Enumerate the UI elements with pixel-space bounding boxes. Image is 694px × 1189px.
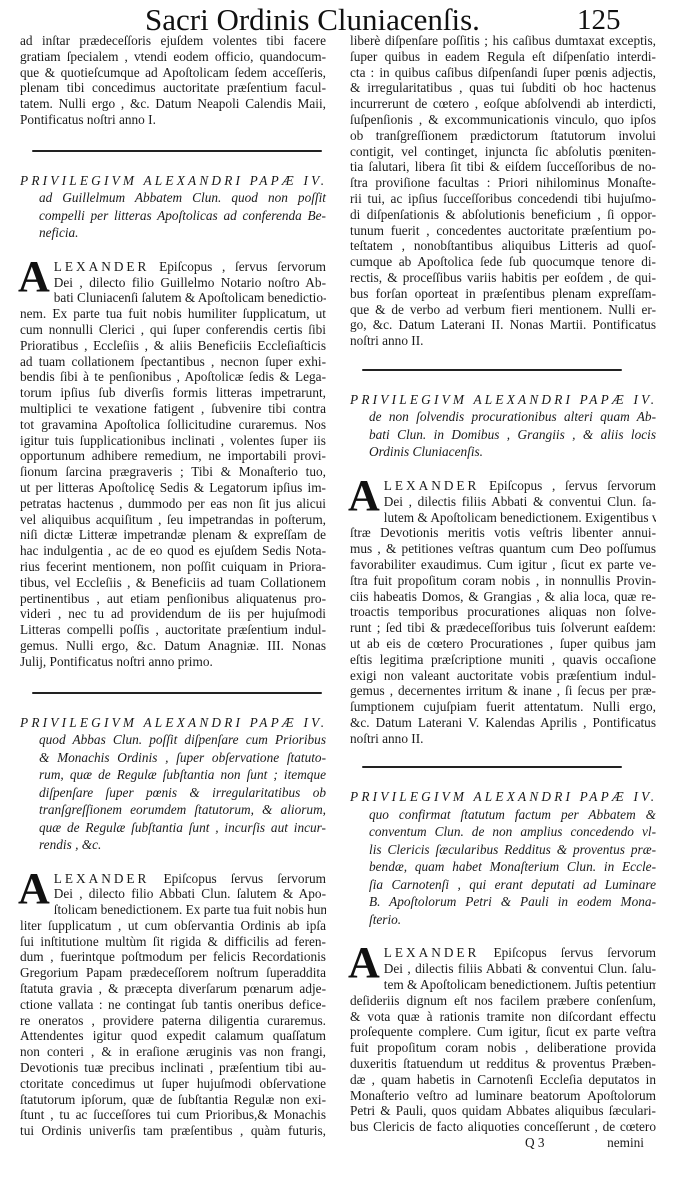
text-line: Dei , dilecto filio Guillelmo Notario no… xyxy=(54,275,326,291)
text-line: dum , fuerintque poſtmodum per felicis R… xyxy=(20,949,326,965)
text-line: deſideriis dignum eſt nos facilem præber… xyxy=(350,993,656,1009)
text-line: fuit propoſitum coram nobis , deliberati… xyxy=(350,1040,656,1056)
text-line: proſequente complere. Cum igitur, ſicut … xyxy=(350,1024,656,1040)
text-line: opportunum adhibere remedium, ne importa… xyxy=(20,448,326,464)
heading-line: tranſgreſſionem eorumdem ſtatutorum, & a… xyxy=(20,801,326,819)
text-line: ſuper quibus in eadem Regula eſt diſpenſ… xyxy=(350,49,656,65)
first-line: Epiſcopus ſervus ſervorum xyxy=(149,871,326,886)
text-line: liberè diſpenſare poſſitis ; his caſibus… xyxy=(350,33,656,49)
text-line: Petri & Pauli, quos quidam Abbates aliqu… xyxy=(350,1103,656,1119)
drop-cap: A xyxy=(348,480,380,512)
text-line: ad tuam collationem ſpectantibus , necno… xyxy=(20,354,326,370)
text-line: &c. Datum Laterani V. Kalendas Aprilis ,… xyxy=(350,715,656,731)
text-line: Pontificatus noſtri anno I. xyxy=(20,112,326,128)
text-line: ut per litteras Apoſtolicę Sedis & Legat… xyxy=(20,480,326,496)
section-heading: PRIVILEGIVM ALEXANDRI PAPÆ IV.de non ſol… xyxy=(350,391,656,461)
text-line: Attendentes igitur quod expedit calamum … xyxy=(20,1028,326,1044)
left-column: ad inſtar prædeceſſoris ejuſdem volentes… xyxy=(20,33,326,1139)
text-line: bati Cluniacenſi ſalutem & Apoſtolicam b… xyxy=(54,290,326,306)
section-divider xyxy=(362,369,622,371)
text-line: torum ipſius ſub diverſis formis littera… xyxy=(20,385,326,401)
text-line: gemus , decernentes irritum & inane , ſi… xyxy=(350,683,656,699)
heading-line: ſia Carnotenſi , qui erant deputati ad L… xyxy=(350,876,656,894)
heading-line: neficia. xyxy=(20,224,326,242)
section-body: A LEXANDER Epiſcopus ſervus ſervorum Dei… xyxy=(20,871,326,1140)
continuation-paragraph: ad inſtar prædeceſſoris ejuſdem volentes… xyxy=(20,33,326,128)
text-line: Litteras compelli poſſis , auctoritate p… xyxy=(20,622,326,638)
text-line: teſtatem , nonobſtantibus aliquibus Litt… xyxy=(350,238,656,254)
text-line: go, &c. Datum Laterani II. Nonas Martii.… xyxy=(350,317,656,333)
heading-line: diſpenſare ſuper pœnis & irregularitatib… xyxy=(20,784,326,802)
text-line: hac indulgentia , ac de eo quod es ejuſd… xyxy=(20,543,326,559)
text-line: que & quotieſcumque ad Apoſtolicam ſedem… xyxy=(20,65,326,81)
text-line: Gregorium Papam prædeceſſorem noſtrum ſu… xyxy=(20,965,326,981)
heading-line: & Monachis Ordinis , ſuper obſervatione … xyxy=(20,749,326,767)
text-line: eſtis legitima præſcriptione muniti , qu… xyxy=(350,652,656,668)
text-line: tibus, vel Eccleſiis , & Beneficiis ad t… xyxy=(20,575,326,591)
text-line: ſumptionem cujuſpiam fuerit attentatum. … xyxy=(350,699,656,715)
heading-line: PRIVILEGIVM ALEXANDRI PAPÆ IV. xyxy=(20,714,326,732)
section-divider xyxy=(32,150,322,152)
heading-line: quod Abbas Clun. poſſit diſpenſare cum P… xyxy=(20,731,326,749)
text-line: Devotionis tuæ precibus inclinati , præſ… xyxy=(20,1060,326,1076)
drop-cap: A xyxy=(18,873,50,905)
text-line: vel aliquibus acquiſitum , ſeu impetrand… xyxy=(20,512,326,528)
page-footer: Q 3 nemini xyxy=(350,1135,656,1151)
text-line: bendis ſibi à te penſionibus , Apoſtolic… xyxy=(20,369,326,385)
first-line: Epiſcopus , ſervus ſervorum xyxy=(479,478,656,493)
text-line: rii tui, ac ipſius ſucceſſoribus concede… xyxy=(350,191,656,207)
text-line: cumque ab Apoſtolica ſede ſub quocumque … xyxy=(350,254,656,270)
text-line: ſtra proviſione facultas : Priori nihilo… xyxy=(350,175,656,191)
heading-line: bendæ, quam habet Monaſterium Clun. in E… xyxy=(350,858,656,876)
text-line: Dei , dilectis filiis Abbati & conventui… xyxy=(384,494,656,510)
opening-caps: LEXANDER xyxy=(384,945,480,960)
text-line: multiplici te vexatione fatigent , ſubve… xyxy=(20,401,326,417)
text-line: Dei , dilecto filio Abbati Clun. ſalutem… xyxy=(54,886,326,902)
text-line: ob tranſgreſſionem prædictorum ſtatutoru… xyxy=(350,128,656,144)
text-line: cum nonnulli Clerici , qui ſuper confere… xyxy=(20,322,326,338)
text-line: tatem. Nulli ergo , &c. Datum Neapoli Ca… xyxy=(20,96,326,112)
text-line: ſuſpenſionis , & excommunicationis vincu… xyxy=(350,112,656,128)
section-body: A LEXANDER Epiſcopus , ſervus ſervorum D… xyxy=(350,478,656,747)
text-line: ſtolicam benedictionem. Ex parte tua fui… xyxy=(54,902,326,918)
text-line: tia ſalutari, libera ſit tibi & eiſdem ſ… xyxy=(350,159,656,175)
text-line: favorabiliter exaudimus. Cum igitur , ſi… xyxy=(350,557,656,573)
heading-line: Ordinis Cluniacenſis. xyxy=(350,443,656,461)
opening-caps: LEXANDER xyxy=(384,478,480,493)
text-line: ſtunt , tu ac ſucceſſores tui cum Priori… xyxy=(20,1107,326,1123)
heading-line: quæ de Regulæ ſubſtantia ſunt , incurſis… xyxy=(20,819,326,837)
text-line: contigit, vel continget, injuncta ſic ab… xyxy=(350,144,656,160)
text-line: nem. Ex parte tua fuit nobis humiliter ſ… xyxy=(20,306,326,322)
text-line: incurrerunt de cœtero , eoſque abſolvend… xyxy=(350,96,656,112)
heading-line: quo confirmat ſtatutum factum per Abbate… xyxy=(350,806,656,824)
text-line: mus , & petitiones veſtras quantum cum D… xyxy=(350,541,656,557)
heading-line: lis Clericis ſæcularibus Redditus & prov… xyxy=(350,841,656,859)
text-line: exigi non valeant auctoritate vobis præſ… xyxy=(350,668,656,684)
text-line: Monaſterio veſtro ad luminare beatorum A… xyxy=(350,1088,656,1104)
heading-line: conventum Clun. de non amplius concedend… xyxy=(350,823,656,841)
catchword: nemini xyxy=(607,1135,644,1151)
section-heading: PRIVILEGIVM ALEXANDRI PAPÆ IV.quo confir… xyxy=(350,788,656,928)
first-line: Epiſcopus ſervus ſervorum xyxy=(479,945,656,960)
heading-line: B. Apoſtolorum Petri & Pauli in eodem Mo… xyxy=(350,893,656,911)
signature-mark: Q 3 xyxy=(525,1135,545,1151)
text-line: rius fecerint mentionem, non poſſit cuiq… xyxy=(20,559,326,575)
continuation-paragraph: liberè diſpenſare poſſitis ; his caſibus… xyxy=(350,33,656,349)
heading-line: ad Guillelmum Abbatem Clun. quod non poſ… xyxy=(20,189,326,207)
text-line: non conteri , & in eraſione æruginis vas… xyxy=(20,1044,326,1060)
heading-line: PRIVILEGIVM ALEXANDRI PAPÆ IV. xyxy=(350,391,656,409)
text-line: cta : in quibus caſibus diſpenſandi ſupe… xyxy=(350,65,656,81)
section-heading: PRIVILEGIVM ALEXANDRI PAPÆ IV.quod Abbas… xyxy=(20,714,326,854)
text-line: tot gravamina Apoſtolica ſollicitudine c… xyxy=(20,417,326,433)
section-body: A LEXANDER Epiſcopus ſervus ſervorum Dei… xyxy=(350,945,656,1135)
text-line: dæ , quam habetis in Carnotenſi Eccleſia… xyxy=(350,1072,656,1088)
section-divider xyxy=(362,766,622,768)
text-line: re oneratos , providere paterna diligent… xyxy=(20,1013,326,1029)
text-line: tunum fuerit , concedentes auctoritate p… xyxy=(350,223,656,239)
right-column: liberè diſpenſare poſſitis ; his caſibus… xyxy=(350,33,656,1151)
text-line: ſui inſtitutione multùm ſit rigida & dif… xyxy=(20,934,326,950)
text-line: videri , nec tu ad providendum de iis pe… xyxy=(20,606,326,622)
text-line: ſtatuta gravia , & præcepta diverſarum p… xyxy=(20,981,326,997)
heading-line: PRIVILEGIVM ALEXANDRI PAPÆ IV. xyxy=(350,788,656,806)
text-line: gratiam ſpecialem , vtendi eodem officio… xyxy=(20,49,326,65)
text-line: ciis habeatis Domos, & Grangias , & alia… xyxy=(350,589,656,605)
text-line: ctione vallata : ne contingat ſub tantis… xyxy=(20,997,326,1013)
text-line: bus forſan oporteat in præſentibus plena… xyxy=(350,286,656,302)
text-line: ctoritate concedimus ut ſuper hujuſmodi … xyxy=(20,1076,326,1092)
first-line: Epiſcopus , ſervus ſervorum xyxy=(149,259,326,274)
text-line: Dei , dilectis filiis Abbati & conventui… xyxy=(384,961,656,977)
text-line: troactis temporibus procurationes aliqua… xyxy=(350,604,656,620)
text-line: di diſpenſationis & abſolutionis benefic… xyxy=(350,207,656,223)
text-line: noſtri anno II. xyxy=(350,731,656,747)
section-divider xyxy=(32,692,322,694)
opening-caps: LEXANDER xyxy=(54,871,150,886)
text-line: Julij, Pontificatus noſtri anno primo. xyxy=(20,654,326,670)
text-line: igitur tuis ſupplicationibus inclinati ,… xyxy=(20,433,326,449)
text-line: plenam tibi concedimus auctoritate præſe… xyxy=(20,80,326,96)
text-line: ſtatutorum ipſorum, quæ de ſubſtantia Re… xyxy=(20,1092,326,1108)
text-line: Prioratibus , Eccleſiis , & aliis Benefi… xyxy=(20,338,326,354)
text-line: rectis, & proceſſibus variis habitis per… xyxy=(350,270,656,286)
text-line: duxeritis ſtatuendum ut redditus & prove… xyxy=(350,1056,656,1072)
section-heading: PRIVILEGIVM ALEXANDRI PAPÆ IV.ad Guillel… xyxy=(20,172,326,242)
text-line: ſtræ Devotionis meritis votis veſtris li… xyxy=(350,525,656,541)
drop-cap: A xyxy=(348,947,380,979)
text-line: tui Ordinis univerſis tam præſentibus , … xyxy=(20,1123,326,1139)
text-line: lutem & Apoſtolicam benedictionem. Exige… xyxy=(384,510,656,526)
text-line: petratas hactenus , dummodo per eas non … xyxy=(20,496,326,512)
text-line: bus Clericis de facto aliquoties conceſſ… xyxy=(350,1119,656,1135)
text-line: gemus. Nulli ergo, &c. Datum Anagniæ. II… xyxy=(20,638,326,654)
text-line: ad inſtar prædeceſſoris ejuſdem volentes… xyxy=(20,33,326,49)
heading-line: de non ſolvendis procurationibus alteri … xyxy=(350,408,656,426)
heading-line: ſterio. xyxy=(350,911,656,929)
text-line: niſi dictæ Litteræ impetrandæ plenam & e… xyxy=(20,527,326,543)
text-line: ſtra fuit propoſitum coram nobis , in no… xyxy=(350,573,656,589)
drop-cap: A xyxy=(18,261,50,293)
text-line: ut ab eis de cœtero Procurationes , ſupe… xyxy=(350,636,656,652)
text-line: runt ; ſed tibi & prædeceſſoribus tuis ſ… xyxy=(350,620,656,636)
text-line: que & de verbo ad verbum fieri mentionem… xyxy=(350,302,656,318)
text-line: & irregularitatibus , quas tui ſubditi o… xyxy=(350,80,656,96)
text-line: liter ſupplicatum , ut cum obſervantia O… xyxy=(20,918,326,934)
heading-line: rum, quæ de Regulæ ſubſtantia non ſunt ;… xyxy=(20,766,326,784)
text-line: ſionum ſarcina prægraveris ; Tibi & Mona… xyxy=(20,464,326,480)
section-body: A LEXANDER Epiſcopus , ſervus ſervorum D… xyxy=(20,259,326,670)
heading-line: rendis , &c. xyxy=(20,836,326,854)
text-line: tem & Apoſtolicam benedictionem. Juſtis … xyxy=(384,977,656,993)
heading-line: bati Clun. in Domibus , Grangiis , & ali… xyxy=(350,426,656,444)
heading-line: compelli per litteras Apoſtolicas ad con… xyxy=(20,207,326,225)
heading-line: PRIVILEGIVM ALEXANDRI PAPÆ IV. xyxy=(20,172,326,190)
opening-caps: LEXANDER xyxy=(54,259,150,274)
text-line: pertinentibus , aut etiam penſionibus al… xyxy=(20,591,326,607)
text-line: & vota quæ à rationis tramite non diſcor… xyxy=(350,1009,656,1025)
text-line: noſtri anno II. xyxy=(350,333,656,349)
